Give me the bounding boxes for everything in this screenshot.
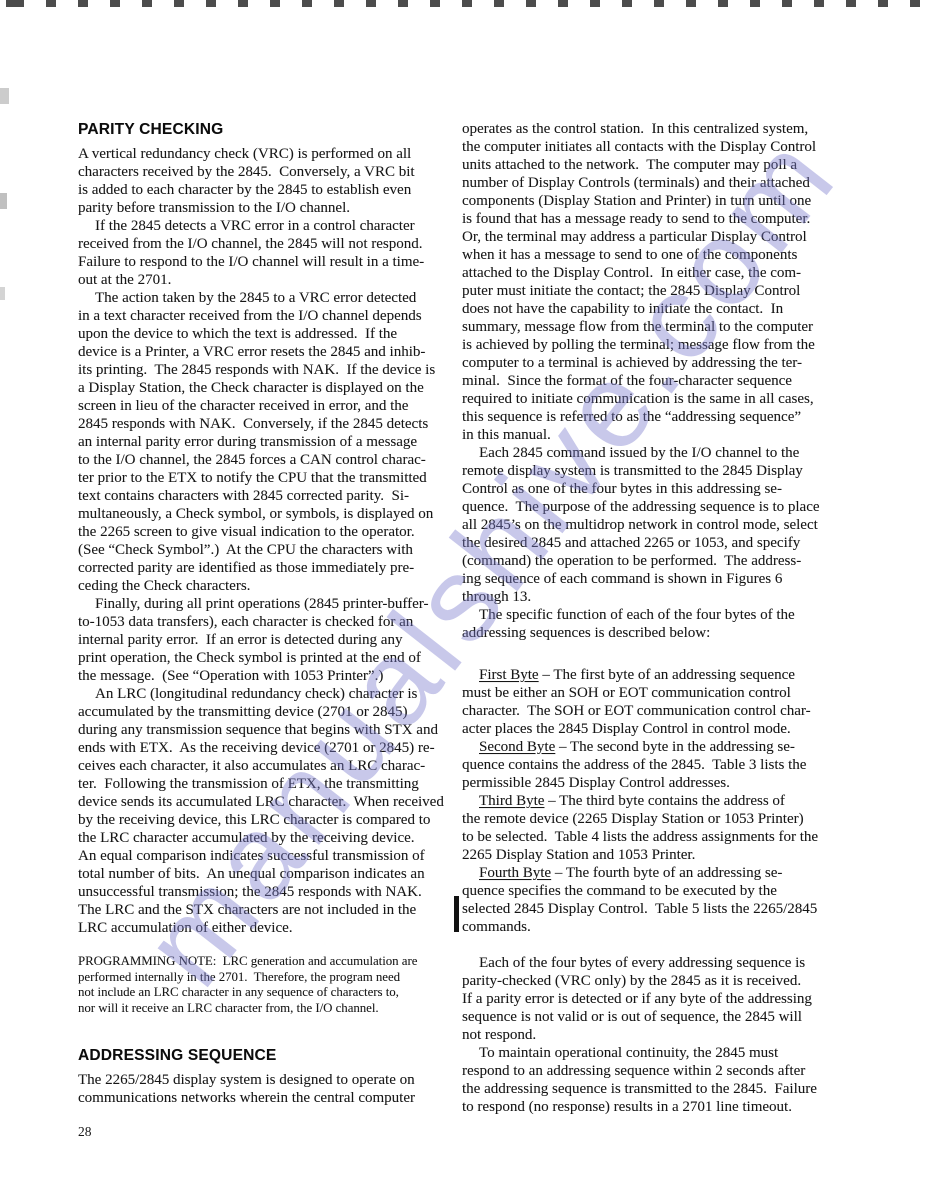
- programming-note: PROGRAMMING NOTE: LRC generation and acc…: [78, 954, 476, 1016]
- section-heading-addressing-sequence: ADDRESSING SEQUENCE: [78, 1046, 476, 1065]
- paragraph: The 2265/2845 display system is designed…: [78, 1071, 476, 1107]
- revision-change-bar: [454, 896, 459, 932]
- paragraph: A vertical redundancy check (VRC) is per…: [78, 145, 476, 217]
- paragraph: If the 2845 detects a VRC error in a con…: [78, 217, 476, 289]
- underlined-term: Fourth Byte: [479, 865, 551, 881]
- byte-paragraph-second: Second Byte – The second byte in the add…: [462, 738, 866, 792]
- underlined-term: Second Byte: [479, 739, 555, 755]
- paragraph: Each of the four bytes of every addressi…: [462, 954, 866, 1044]
- section-heading-parity-checking: PARITY CHECKING: [78, 120, 476, 139]
- paragraph: Finally, during all print operations (28…: [78, 595, 476, 685]
- paragraph: Each 2845 command issued by the I/O chan…: [462, 444, 866, 606]
- byte-paragraph-third: Third Byte – The third byte contains the…: [462, 792, 866, 864]
- scan-edge-mark: [0, 193, 7, 209]
- scan-edge-artifact: [0, 0, 936, 7]
- byte-paragraph-fourth: Fourth Byte – The fourth byte of an addr…: [462, 864, 866, 936]
- paragraph: An LRC (longitudinal redundancy check) c…: [78, 685, 476, 937]
- page-number: 28: [78, 1124, 92, 1140]
- underlined-term: Third Byte: [479, 793, 544, 809]
- scan-edge-mark: [0, 88, 9, 104]
- paragraph: operates as the control station. In this…: [462, 120, 866, 444]
- left-column: PARITY CHECKING A vertical redundancy ch…: [78, 120, 476, 1107]
- paragraph: To maintain operational continuity, the …: [462, 1044, 866, 1116]
- right-column: operates as the control station. In this…: [462, 120, 866, 1116]
- scan-edge-mark: [0, 287, 5, 300]
- paragraph: The specific function of each of the fou…: [462, 606, 866, 642]
- underlined-term: First Byte: [479, 667, 539, 683]
- paragraph: The action taken by the 2845 to a VRC er…: [78, 289, 476, 595]
- document-page: manualshive.com PARITY CHECKING A vertic…: [0, 0, 936, 1203]
- byte-paragraph-first: First Byte – The first byte of an addres…: [462, 666, 866, 738]
